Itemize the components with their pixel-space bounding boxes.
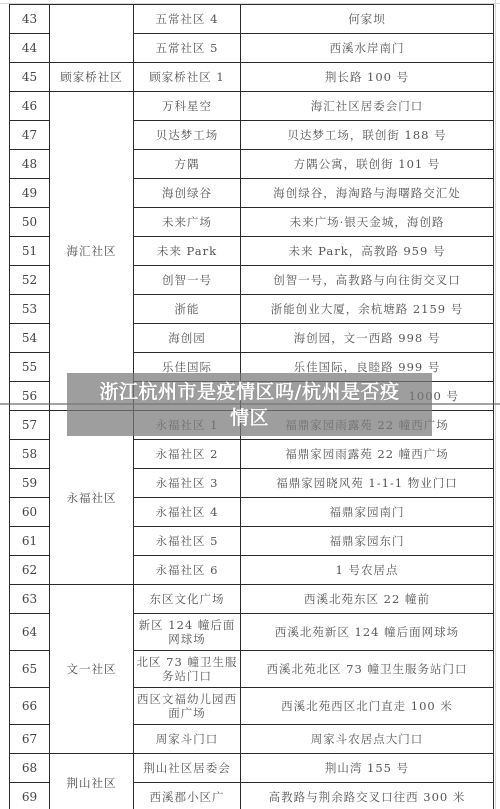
site-cell: 海创园 [134,324,241,353]
row-number: 49 [10,179,50,208]
row-number: 69 [10,783,50,809]
address-cell: 浙能创业大厦，余杭塘路 2159 号 [241,295,494,324]
site-cell: 顾家桥社区 1 [134,63,241,92]
address-cell: 方隅公寓，联创街 101 号 [241,150,494,179]
row-number: 54 [10,324,50,353]
row-number: 45 [10,63,50,92]
row-number: 59 [10,469,50,498]
row-number: 62 [10,556,50,585]
site-cell: 海创绿谷 [134,179,241,208]
site-cell: 贝达梦工场 [134,121,241,150]
address-cell: 西溪北苑新区 124 幢后面网球场 [241,614,494,651]
address-cell: 西溪水岸南门 [241,34,494,63]
community-cell: 荆山社区 [50,754,134,809]
address-cell: 周家斗农居点大门口 [241,725,494,754]
site-cell: 永福社区 3 [134,469,241,498]
row-number: 57 [10,411,50,440]
overlay-title-line-2: 情区 [67,405,432,431]
site-cell: 方隅 [134,150,241,179]
row-number: 65 [10,651,50,688]
address-cell: 海创绿谷，海淘路与海曙路交汇处 [241,179,494,208]
site-cell: 东区文化广场 [134,585,241,614]
community-cell: 海汇社区 [50,92,134,411]
address-cell: 荆山湾 155 号 [241,754,494,783]
community-cell: 文一社区 [50,585,134,754]
address-cell: 西溪北苑东区 22 幢前 [241,585,494,614]
address-cell: 未来广场·银天金城，海创路 [241,208,494,237]
site-cell: 永福社区 6 [134,556,241,585]
address-cell: 创智一号，高教路与向往街交叉口 [241,266,494,295]
table-row: 43 五常社区 4 何家坝 [10,5,494,34]
site-cell: 北区 73 幢卫生服务站门口 [134,651,241,688]
table-row: 46 海汇社区 万科星空 海汇社区居委会门口 [10,92,494,121]
row-number: 68 [10,754,50,783]
row-number: 50 [10,208,50,237]
row-number: 61 [10,527,50,556]
row-number: 47 [10,121,50,150]
address-cell: 西溪北苑西区北门直走 100 米 [241,688,494,725]
site-cell: 未来广场 [134,208,241,237]
row-number: 43 [10,5,50,34]
site-cell: 周家斗门口 [134,725,241,754]
overlay-title-line-1: 浙江杭州市是疫情区吗/杭州是否疫 [67,379,432,405]
site-cell: 五常社区 5 [134,34,241,63]
site-cell: 荆山社区居委会 [134,754,241,783]
address-cell: 福鼎家园雨露苑 22 幢西广场 [241,440,494,469]
site-cell: 西溪郡小区广 [134,783,241,809]
row-number: 48 [10,150,50,179]
address-cell: 海创园，文一西路 998 号 [241,324,494,353]
address-cell: 高教路与荆余路交叉口往西 300 米 [241,783,494,809]
site-cell: 五常社区 4 [134,5,241,34]
site-cell: 万科星空 [134,92,241,121]
site-cell: 永福社区 2 [134,440,241,469]
site-cell: 永福社区 5 [134,527,241,556]
site-cell: 浙能 [134,295,241,324]
row-number: 53 [10,295,50,324]
site-cell: 创智一号 [134,266,241,295]
row-number: 51 [10,237,50,266]
community-cell: 顾家桥社区 [50,63,134,92]
row-number: 66 [10,688,50,725]
site-cell: 未来 Park [134,237,241,266]
row-number: 46 [10,92,50,121]
row-number: 60 [10,498,50,527]
address-cell: 福鼎家园东门 [241,527,494,556]
site-cell: 西区文福幼儿园西面广场 [134,688,241,725]
address-cell: 福鼎家园南门 [241,498,494,527]
row-number: 58 [10,440,50,469]
table-row: 68 荆山社区 荆山社区居委会 荆山湾 155 号 [10,754,494,783]
community-cell: 永福社区 [50,411,134,585]
address-cell: 福鼎家园晓风苑 1-1-1 物业门口 [241,469,494,498]
row-number: 44 [10,34,50,63]
site-cell: 新区 124 幢后面网球场 [134,614,241,651]
address-cell: 贝达梦工场，联创街 188 号 [241,121,494,150]
row-number: 64 [10,614,50,651]
address-cell: 1 号农居点 [241,556,494,585]
article-title-overlay: 浙江杭州市是疫情区吗/杭州是否疫 情区 [67,373,432,436]
row-number: 55 [10,353,50,382]
community-cell [50,5,134,63]
site-cell: 永福社区 4 [134,498,241,527]
address-cell: 西溪北苑北区 73 幢卫生服务站门口 [241,651,494,688]
address-cell: 荆长路 100 号 [241,63,494,92]
row-number: 67 [10,725,50,754]
table-row: 63 文一社区 东区文化广场 西溪北苑东区 22 幢前 [10,585,494,614]
row-number: 52 [10,266,50,295]
table-row: 45 顾家桥社区 顾家桥社区 1 荆长路 100 号 [10,63,494,92]
address-cell: 未来 Park，高教路 959 号 [241,237,494,266]
row-number: 56 [10,382,50,411]
address-cell: 何家坝 [241,5,494,34]
row-number: 63 [10,585,50,614]
address-cell: 海汇社区居委会门口 [241,92,494,121]
